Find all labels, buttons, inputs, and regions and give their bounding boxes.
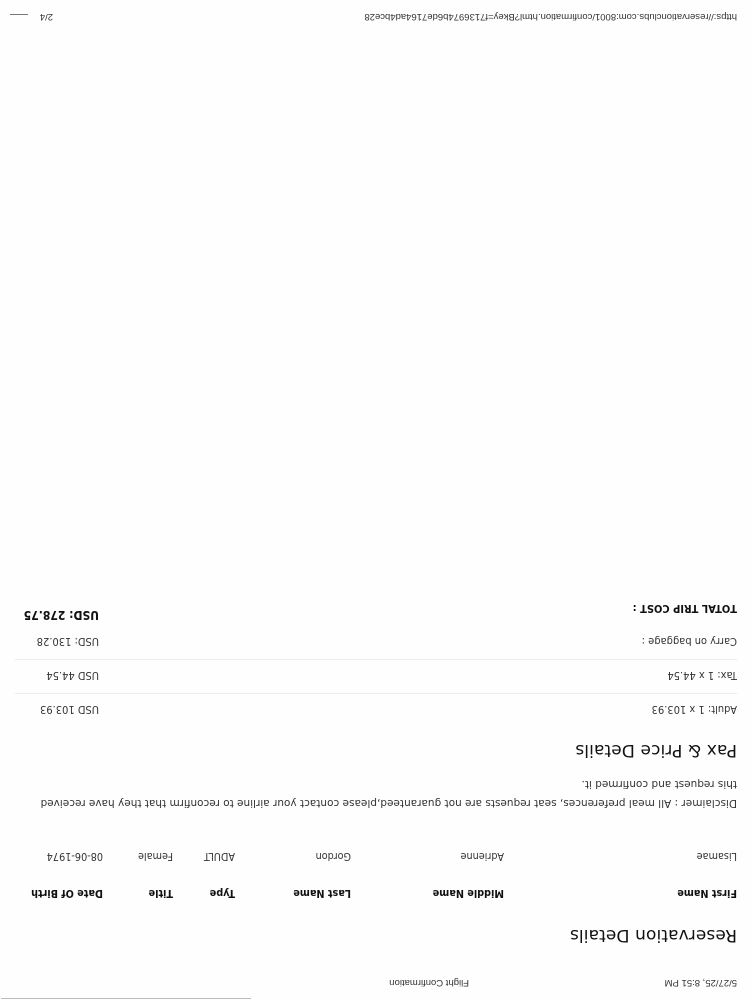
- col-first-name: First Name: [677, 887, 737, 900]
- cell-first-name: Lisamae: [697, 850, 737, 863]
- cell-dob: 08-06-1974: [47, 850, 103, 863]
- col-last-name: Last Name: [293, 887, 351, 900]
- scan-edge-line: [1, 998, 251, 999]
- cell-middle-name: Adrienne: [461, 850, 504, 863]
- cell-type: ADULT: [204, 850, 235, 863]
- divider: [15, 659, 737, 660]
- price-line-value: USD 44.54: [46, 669, 99, 682]
- pricing-heading: Pax & Price Details: [575, 740, 737, 760]
- price-line-label: Adult: 1 x 103.93: [652, 703, 737, 716]
- reservation-heading: Reservation Details: [570, 925, 737, 945]
- page-number: 2/4: [40, 11, 53, 22]
- total-label: TOTAL TRIP COST :: [633, 602, 737, 615]
- col-type: Type: [210, 887, 235, 900]
- page-url: https://reservationclubs.com:8001/confir…: [364, 11, 737, 22]
- cell-last-name: Gordon: [316, 850, 351, 863]
- print-datetime: 5/27/25, 8:51 PM: [665, 977, 737, 988]
- price-line-label: Tax: 1 x 44.54: [667, 669, 737, 682]
- price-line-value: USD 103.93: [40, 703, 99, 716]
- total-value: USD: 278.75: [24, 608, 99, 622]
- disclaimer-text: Disclaimer : All meal preferences, seat …: [37, 774, 737, 812]
- divider: [15, 693, 737, 694]
- col-title: Title: [149, 887, 173, 900]
- cell-title: Female: [138, 850, 173, 863]
- print-title: Flight Confirmation: [389, 977, 469, 988]
- col-middle-name: Middle Name: [433, 887, 504, 900]
- price-line-value: USD: 130.28: [37, 635, 99, 648]
- price-line-label: Carry on baggage :: [642, 635, 737, 648]
- scan-mark: [10, 14, 28, 15]
- col-date-of-birth: Date Of Birth: [31, 887, 103, 900]
- printed-page: 5/27/25, 8:51 PM Flight Confirmation Res…: [0, 0, 751, 1000]
